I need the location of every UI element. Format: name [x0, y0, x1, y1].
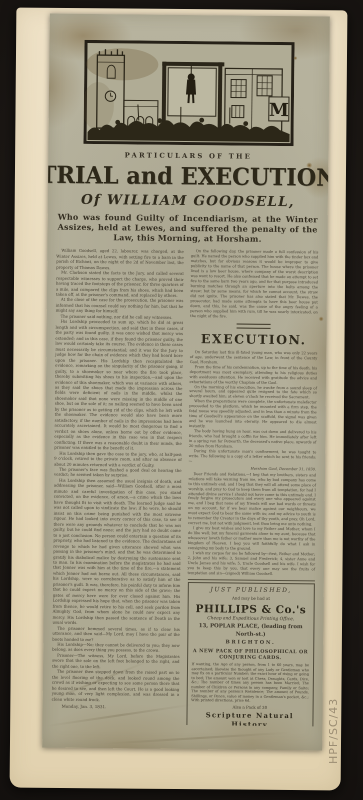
body-paragraph: Prisoner—The witness, My Lord, before th…: [52, 653, 180, 671]
standfirst: Who was found Guilty of Incendiarism, at…: [57, 213, 317, 245]
execution-woodcut-illustration: M: [83, 40, 294, 146]
advert-cards-description: If wanting, the Age of any person, from …: [191, 662, 309, 704]
archive-reference-annotation: HPF/SC/43: [327, 604, 340, 764]
body-paragraph: His Lordship then assumed the usual insi…: [52, 478, 181, 627]
subject-name-line: Of WILLIAM GOODSELL,: [48, 192, 328, 211]
section-divider-rule: [187, 579, 315, 581]
body-paragraph: At the close of the case for the prosecu…: [56, 297, 184, 315]
advert-address: 13, POPLAR PLACE, (leading from North-st…: [192, 623, 310, 639]
advert-cards-title: A NEW PACK OF PHILOSOPHICAL OR CONJURING…: [192, 648, 310, 662]
paper-crease: [102, 732, 292, 745]
advert-reward-series: Scripture Natural History: [191, 711, 309, 727]
body-paragraph: His Lordship then gave the case to the j…: [54, 450, 182, 468]
left-column: William Goodsell, aged 22, labourer, was…: [51, 248, 183, 725]
execution-section-heading: EXECUTION.: [190, 330, 318, 349]
advert-just-published: JUST PUBLISHED,: [192, 586, 310, 595]
body-paragraph: On the morning of his execution, he awok…: [189, 385, 317, 401]
foxing-spot: [306, 162, 312, 168]
execution-scene-art: M: [83, 40, 294, 146]
photo-background: M PARTICULARS OF THE TRIAL and EXECUTION…: [0, 0, 363, 800]
body-paragraph: William Goodsell, aged 22, labourer, was…: [56, 248, 184, 271]
body-paragraph: On Saturday last this ill-fated young ma…: [190, 350, 318, 366]
letter-paragraph: I give my best wishes and love to my Fat…: [188, 526, 316, 552]
body-columns: William Goodsell, aged 22, labourer, was…: [42, 248, 327, 727]
body-paragraph: From the time of his condemnation, up to…: [189, 365, 317, 386]
advert-box: JUST PUBLISHED, And may be had at PHILLI…: [186, 582, 315, 727]
right-column: On the following day, the prisoner made …: [186, 249, 318, 726]
page-title: TRIAL and EXECUTION: [42, 160, 330, 192]
body-paragraph: During this unfortunate man's confinemen…: [189, 449, 317, 465]
letter-m-panel: M: [269, 97, 289, 121]
broadside-document: M PARTICULARS OF THE TRIAL and EXECUTION…: [42, 14, 330, 751]
foxing-spot: [293, 56, 297, 60]
body-paragraph: His Lordship proceeded to sum up, which …: [54, 319, 183, 452]
letter-paragraph: Dear Friends and Relations,—I beg that m…: [188, 472, 316, 528]
body-paragraph: The prisoner hemmed several times, as if…: [52, 625, 180, 643]
body-paragraph: Mr. Clarkson stated the facts to the Jur…: [56, 270, 184, 299]
foxing-spot: [319, 316, 324, 321]
body-paragraph: When the preparations were complete, the…: [189, 399, 317, 430]
advert-town: BRIGHTON.: [192, 639, 310, 647]
section-ornament-rule: [237, 323, 271, 328]
body-paragraph: The body having hung an hour, was cut do…: [189, 429, 317, 450]
woodcut-letter-m: M: [269, 100, 289, 121]
advert-firm-name: PHILLIPS & Co.'s: [192, 602, 310, 618]
body-paragraph: On the following day, the prisoner made …: [190, 249, 318, 320]
letter-paragraph: I wish my corpse for me be followed by—f…: [187, 551, 315, 577]
